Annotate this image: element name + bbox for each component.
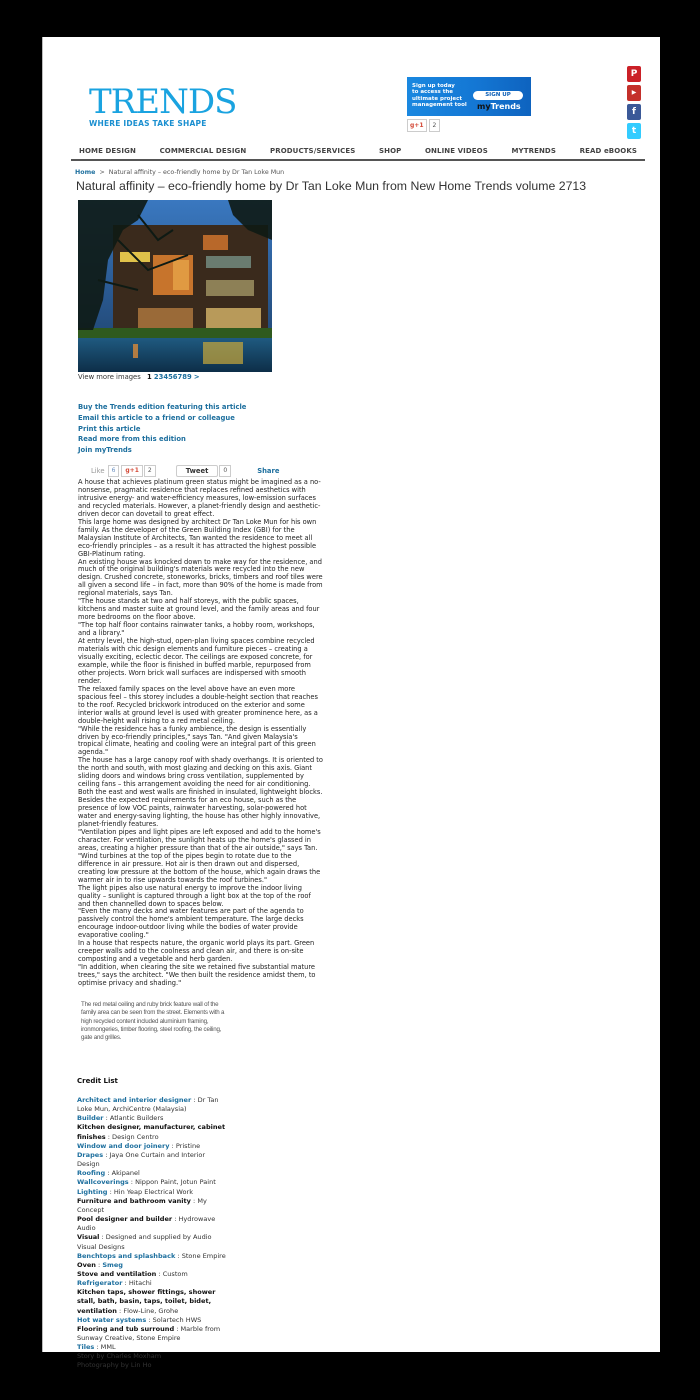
- credit-list-heading: Credit List: [77, 1077, 118, 1085]
- story-credit: Story by Charles Moxham: [77, 1352, 227, 1360]
- promo-line: management tool: [412, 102, 467, 108]
- credit-item: Oven : Smeg: [77, 1261, 227, 1270]
- credit-item: Refrigerator : Hitachi: [77, 1279, 227, 1288]
- breadcrumb-separator: >: [99, 169, 104, 176]
- trends-logo[interactable]: TRENDS WHERE IDEAS TAKE SHAPE: [89, 85, 239, 128]
- credit-item: Stove and ventilation : Custom: [77, 1270, 227, 1279]
- credit-value: MML: [101, 1343, 116, 1351]
- paragraph: "The top half floor contains rainwater t…: [78, 622, 323, 638]
- paragraph: The relaxed family spaces on the level a…: [78, 686, 323, 726]
- credit-item: Hot water systems : Solartech HWS: [77, 1316, 227, 1325]
- credit-key: Pool designer and builder: [77, 1215, 172, 1223]
- paragraph: The house has a large canopy roof with s…: [78, 757, 323, 797]
- page-title: Natural affinity – eco-friendly home by …: [76, 179, 586, 193]
- email-article-link[interactable]: Email this article to a friend or collea…: [78, 413, 246, 424]
- pinterest-icon[interactable]: P: [627, 66, 641, 82]
- sign-up-button[interactable]: SIGN UP: [473, 91, 523, 100]
- credit-key[interactable]: Drapes: [77, 1151, 103, 1159]
- nav-home-design[interactable]: HOME DESIGN: [79, 147, 136, 159]
- credit-value: Flow-Line, Grohe: [123, 1307, 178, 1315]
- promo-text: Sign up today to access the ultimate pro…: [412, 83, 467, 108]
- image-caption: The red metal ceiling and ruby brick fea…: [81, 1001, 231, 1042]
- credit-key: Stove and ventilation: [77, 1270, 156, 1278]
- article-hero-image[interactable]: [78, 200, 272, 372]
- article-actions: Buy the Trends edition featuring this ar…: [78, 402, 246, 456]
- photography-credit: Photography by Lin Ho: [77, 1361, 227, 1369]
- twitter-icon[interactable]: t: [627, 123, 641, 139]
- paragraph: In a house that respects nature, the org…: [78, 940, 323, 964]
- breadcrumb-home[interactable]: Home: [75, 169, 95, 176]
- breadcrumb-current: Natural affinity – eco-friendly home by …: [109, 169, 284, 176]
- header-gplus: g+1 2: [407, 119, 440, 132]
- article-body: A house that achieves platinum green sta…: [78, 479, 323, 988]
- nav-mytrends[interactable]: MYTRENDS: [511, 147, 556, 159]
- paragraph: The light pipes also use natural energy …: [78, 885, 323, 909]
- credit-item: Builder : Atlantic Builders: [77, 1114, 227, 1123]
- main-nav: HOME DESIGN COMMERCIAL DESIGN PRODUCTS/S…: [71, 147, 645, 161]
- credit-key[interactable]: Builder: [77, 1114, 104, 1122]
- logo-wordmark: TRENDS: [89, 85, 239, 119]
- credit-key: Visual: [77, 1233, 99, 1241]
- credit-key: Furniture and bathroom vanity: [77, 1197, 191, 1205]
- paragraph: "Ventilation pipes and light pipes are l…: [78, 829, 323, 853]
- credit-key[interactable]: Tiles: [77, 1343, 94, 1351]
- nav-shop[interactable]: SHOP: [379, 147, 401, 159]
- credit-value: Hin Yeap Electrical Work: [114, 1188, 193, 1196]
- youtube-icon[interactable]: ▶: [627, 85, 641, 101]
- image-page-9[interactable]: 9: [187, 373, 192, 381]
- paragraph: "The house stands at two and half storey…: [78, 598, 323, 622]
- credit-item: Wallcoverings : Nippon Paint, Jotun Pain…: [77, 1178, 227, 1187]
- social-links: P ▶ f t: [627, 66, 641, 139]
- promo-line: ultimate project: [412, 96, 467, 102]
- mytrends-brand: myTrends: [477, 102, 521, 111]
- credit-value: Nippon Paint, Jotun Paint: [135, 1178, 216, 1186]
- credit-item: Flooring and tub surround : Marble from …: [77, 1325, 227, 1343]
- breadcrumb: Home > Natural affinity – eco-friendly h…: [75, 169, 284, 176]
- paragraph: An existing house was knocked down to ma…: [78, 559, 323, 599]
- credit-item: Drapes : Jaya One Curtain and Interior D…: [77, 1151, 227, 1169]
- paragraph: "In addition, when clearing the site we …: [78, 964, 323, 988]
- gplus-count: 2: [144, 465, 156, 477]
- facebook-icon[interactable]: f: [627, 104, 641, 120]
- nav-online-videos[interactable]: ONLINE VIDEOS: [425, 147, 488, 159]
- credit-value: Stone Empire: [182, 1252, 226, 1260]
- tweet-count: 0: [219, 465, 231, 477]
- credit-value: Hitachi: [129, 1279, 152, 1287]
- like-button[interactable]: Like: [91, 467, 105, 475]
- credit-key[interactable]: Wallcoverings: [77, 1178, 129, 1186]
- nav-read-ebooks[interactable]: READ eBOOKS: [580, 147, 637, 159]
- page-panel: TRENDS WHERE IDEAS TAKE SHAPE Sign up to…: [42, 37, 660, 1352]
- read-more-edition-link[interactable]: Read more from this edition: [78, 434, 246, 445]
- credit-item: Architect and interior designer : Dr Tan…: [77, 1096, 227, 1114]
- view-more-images: View more images 1 23456789 >: [78, 373, 200, 381]
- credit-item: Kitchen taps, shower fittings, shower st…: [77, 1288, 227, 1315]
- house-photo: [78, 200, 272, 372]
- paragraph: "While the residence has a funky ambienc…: [78, 726, 323, 758]
- credit-key[interactable]: Benchtops and splashback: [77, 1252, 175, 1260]
- credit-key: Oven: [77, 1261, 96, 1269]
- join-mytrends-link[interactable]: Join myTrends: [78, 445, 246, 456]
- image-next[interactable]: >: [194, 373, 200, 381]
- credit-key[interactable]: Hot water systems: [77, 1316, 146, 1324]
- credit-value: Pristine: [176, 1142, 200, 1150]
- paragraph: "Wind turbines at the top of the pipes b…: [78, 853, 323, 885]
- gplus-button[interactable]: g+1: [121, 465, 143, 477]
- credit-item: Visual : Designed and supplied by Audio …: [77, 1233, 227, 1251]
- credit-key[interactable]: Lighting: [77, 1188, 107, 1196]
- credit-value: Custom: [163, 1270, 188, 1278]
- credit-item: Tiles : MML: [77, 1343, 227, 1352]
- paragraph: A house that achieves platinum green sta…: [78, 479, 323, 519]
- share-bar: Like 6 g+1 2 Tweet 0 Share: [91, 465, 279, 477]
- credit-item: Pool designer and builder : Hydrowave Au…: [77, 1215, 227, 1233]
- paragraph: "Even the many decks and water features …: [78, 908, 323, 940]
- credit-item: Window and door joinery : Pristine: [77, 1142, 227, 1151]
- print-article-link[interactable]: Print this article: [78, 424, 246, 435]
- share-button[interactable]: Share: [257, 467, 279, 475]
- paragraph: This large home was designed by architec…: [78, 519, 323, 559]
- credit-key[interactable]: Roofing: [77, 1169, 105, 1177]
- brand-trends: Trends: [491, 102, 521, 111]
- gplus-button[interactable]: g+1: [407, 119, 427, 132]
- like-count: 6: [108, 465, 120, 477]
- credit-key[interactable]: Refrigerator: [77, 1279, 122, 1287]
- credit-value: Design Centro: [112, 1133, 159, 1141]
- credit-item: Kitchen designer, manufacturer, cabinet …: [77, 1123, 227, 1141]
- credit-item: Roofing : Akipanel: [77, 1169, 227, 1178]
- view-more-label: View more images: [78, 373, 141, 381]
- gplus-count: 2: [429, 119, 441, 132]
- image-page-1[interactable]: 1: [147, 373, 152, 381]
- credit-item: Benchtops and splashback : Stone Empire: [77, 1252, 227, 1261]
- image-pagination: 1 23456789 >: [147, 373, 200, 381]
- paragraph: Besides the expected requirements for an…: [78, 797, 323, 829]
- tweet-button[interactable]: Tweet: [176, 465, 219, 477]
- credit-item: Furniture and bathroom vanity : My Conce…: [77, 1197, 227, 1215]
- buy-edition-link[interactable]: Buy the Trends edition featuring this ar…: [78, 402, 246, 413]
- credit-key: Flooring and tub surround: [77, 1325, 174, 1333]
- mytrends-signup-banner[interactable]: Sign up today to access the ultimate pro…: [407, 77, 531, 116]
- nav-commercial-design[interactable]: COMMERCIAL DESIGN: [160, 147, 247, 159]
- credit-value[interactable]: Smeg: [102, 1261, 123, 1269]
- credit-item: Lighting : Hin Yeap Electrical Work: [77, 1188, 227, 1197]
- credit-value: Solartech HWS: [153, 1316, 202, 1324]
- nav-products-services[interactable]: PRODUCTS/SERVICES: [270, 147, 355, 159]
- credit-list: Architect and interior designer : Dr Tan…: [77, 1096, 227, 1369]
- credit-key[interactable]: Architect and interior designer: [77, 1096, 191, 1104]
- credit-value: Atlantic Builders: [110, 1114, 164, 1122]
- credit-value: Akipanel: [112, 1169, 140, 1177]
- brand-my: my: [477, 102, 491, 111]
- paragraph: At entry level, the high-stud, open-plan…: [78, 638, 323, 686]
- credit-key[interactable]: Window and door joinery: [77, 1142, 169, 1150]
